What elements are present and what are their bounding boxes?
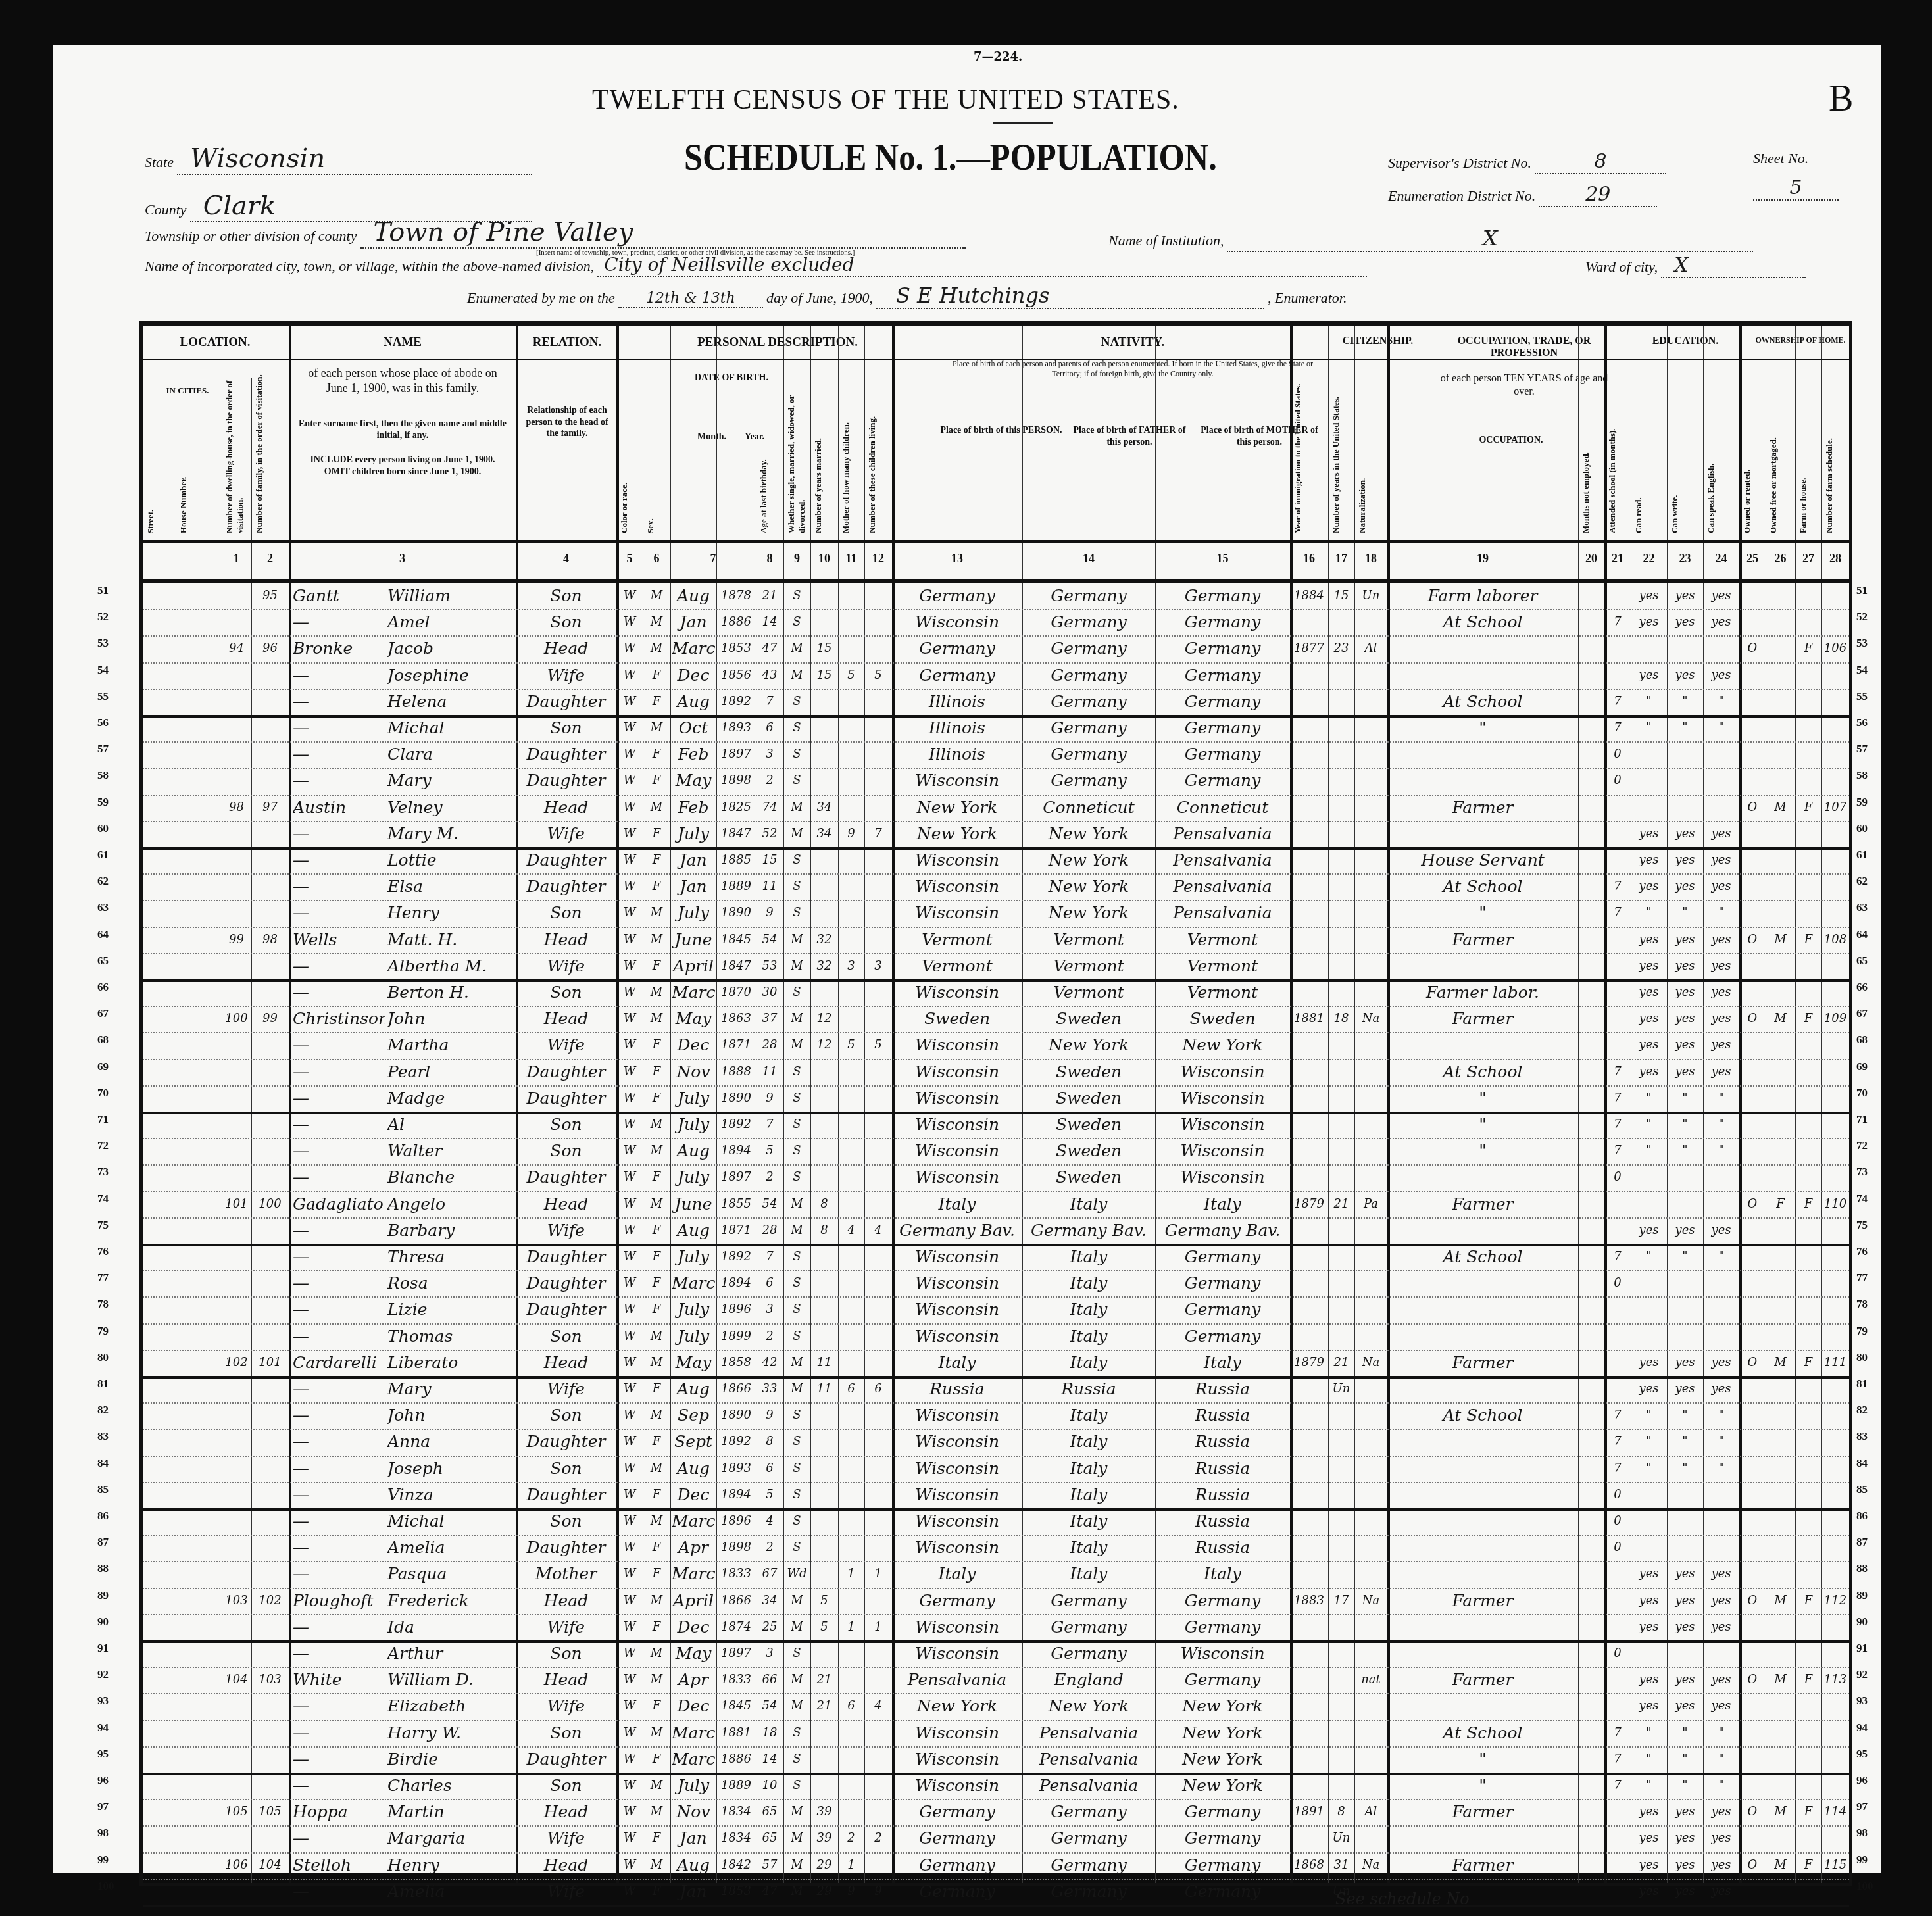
surname-cell: — (293, 1720, 385, 1746)
color-cell: W (618, 1006, 641, 1032)
bf-cell: New York (1024, 821, 1154, 847)
fs-cell: 113 (1823, 1667, 1848, 1693)
surname-cell: White (293, 1667, 385, 1693)
mo-cell: 3 (839, 953, 863, 979)
column-number: 28 (1821, 552, 1849, 566)
bf-cell: Italy (1024, 1296, 1154, 1323)
fam-cell (253, 873, 287, 900)
surname-cell: — (293, 1640, 385, 1667)
header-nativity: NATIVITY. (935, 335, 1330, 350)
mar-cell: M (785, 1217, 809, 1244)
yrs-cell (1329, 1720, 1353, 1746)
rel-cell: Wife (517, 953, 615, 979)
line-number-right: 67 (1856, 1007, 1868, 1020)
farm-cell (1796, 1217, 1820, 1244)
bm-cell: Russia (1156, 1535, 1289, 1561)
wr-cell: yes (1668, 662, 1702, 689)
fs-cell (1823, 900, 1848, 926)
line-number-left: 64 (97, 928, 109, 941)
wr-cell: yes (1668, 1350, 1702, 1376)
bm-cell: Germany (1156, 1270, 1289, 1296)
bp-cell: Wisconsin (893, 1508, 1021, 1535)
unemp-cell (1579, 1799, 1603, 1825)
rd-cell: yes (1632, 1217, 1666, 1244)
bm-cell: Italy (1156, 1561, 1289, 1587)
column-divider (810, 326, 811, 1883)
bm-cell: Germany (1156, 1799, 1289, 1825)
rd-cell (1632, 1296, 1666, 1323)
rd-cell (1632, 768, 1666, 794)
fam-cell: 100 (253, 1191, 287, 1217)
mo-cell (839, 1191, 863, 1217)
fs-cell (1823, 1164, 1848, 1191)
nat-cell: Pa (1356, 1191, 1386, 1217)
bm-cell: Russia (1156, 1402, 1289, 1429)
mar-cell: S (785, 873, 809, 900)
bm-cell: Germany (1156, 1879, 1289, 1905)
liv-cell (866, 979, 891, 1006)
en-cell: " (1704, 1720, 1738, 1746)
given-name-cell: Arthur (387, 1640, 512, 1667)
liv-cell: 4 (866, 1693, 891, 1719)
line-number-left: 67 (97, 1007, 109, 1020)
color-cell: W (618, 1085, 641, 1112)
sex-cell: F (644, 1614, 669, 1640)
column-number: 19 (1387, 552, 1578, 566)
bf-cell: Pensalvania (1024, 1773, 1154, 1799)
line-number-right: 63 (1856, 901, 1868, 914)
line-number-left: 61 (97, 848, 109, 862)
line-number-left: 90 (97, 1615, 109, 1629)
bf-cell: Germany (1024, 609, 1154, 635)
month-cell: July (672, 1773, 715, 1799)
ym-cell: 32 (812, 927, 837, 953)
bf-cell: Germany (1024, 583, 1154, 609)
wr-cell (1668, 1164, 1702, 1191)
fam-cell (253, 900, 287, 926)
ym-cell: 8 (812, 1191, 837, 1217)
surname-cell: — (293, 1323, 385, 1350)
mar-cell: S (785, 1270, 809, 1296)
rel-cell: Head (517, 1667, 615, 1693)
bf-cell: Germany (1024, 1614, 1154, 1640)
liv-cell (866, 1244, 891, 1270)
line-number-right: 70 (1856, 1087, 1868, 1100)
bp-cell: Germany (893, 662, 1021, 689)
rel-cell: Son (517, 609, 615, 635)
en-cell: yes (1704, 821, 1738, 847)
surname-cell: — (293, 1164, 385, 1191)
occ-cell: At School (1389, 1059, 1577, 1085)
imm-cell: 1868 (1291, 1852, 1327, 1879)
ym-cell: 29 (812, 1879, 837, 1905)
rd-cell: yes (1632, 609, 1666, 635)
line-number-left: 93 (97, 1694, 109, 1707)
line-number-right: 65 (1856, 954, 1868, 968)
line-number-left: 63 (97, 901, 109, 914)
farm-cell (1796, 1693, 1820, 1719)
sch-cell: 0 (1606, 1640, 1629, 1667)
fam-cell: 101 (253, 1350, 287, 1376)
unemp-cell (1579, 953, 1603, 979)
rd-cell (1632, 1535, 1666, 1561)
bf-cell: Germany (1024, 1879, 1154, 1905)
column-number: 13 (892, 552, 1022, 566)
sch-cell (1606, 1799, 1629, 1825)
age-cell: 9 (757, 1402, 782, 1429)
color-cell: W (618, 1376, 641, 1402)
mar-cell: S (785, 1323, 809, 1350)
header-imm: Year of immigration to the United States… (1293, 372, 1325, 533)
given-name-cell: Ida (387, 1614, 512, 1640)
fam-cell: 95 (253, 583, 287, 609)
farm-cell: F (1796, 927, 1820, 953)
bf-cell: Italy (1024, 1482, 1154, 1508)
fs-cell: 115 (1823, 1852, 1848, 1879)
free-cell: M (1767, 795, 1794, 821)
ym-cell: 21 (812, 1693, 837, 1719)
line-number-right: 68 (1856, 1033, 1868, 1046)
surname-cell: — (293, 1376, 385, 1402)
given-name-cell: Velney (387, 795, 512, 821)
liv-cell (866, 1006, 891, 1032)
surname-cell: — (293, 741, 385, 768)
sch-cell (1606, 1825, 1629, 1852)
farm-cell (1796, 1535, 1820, 1561)
line-number-right: 89 (1856, 1589, 1868, 1602)
fs-cell (1823, 662, 1848, 689)
fam-cell (253, 1482, 287, 1508)
color-cell: W (618, 1191, 641, 1217)
sch-cell: 0 (1606, 1482, 1629, 1508)
unemp-cell (1579, 979, 1603, 1006)
unemp-cell (1579, 583, 1603, 609)
year-cell: 1892 (718, 1112, 755, 1138)
en-cell: " (1704, 1456, 1738, 1482)
occ-cell (1389, 1429, 1577, 1455)
column-number: 11 (838, 552, 864, 566)
header-location: LOCATION. (143, 335, 287, 350)
given-name-cell: Lottie (387, 847, 512, 873)
nat-cell (1356, 1244, 1386, 1270)
own-cell: O (1741, 635, 1764, 662)
farm-cell: F (1796, 795, 1820, 821)
sex-cell: F (644, 768, 669, 794)
column-divider (643, 326, 643, 1883)
rd-cell (1632, 1270, 1666, 1296)
rel-cell: Daughter (517, 1746, 615, 1773)
liv-cell (866, 1773, 891, 1799)
unemp-cell (1579, 1614, 1603, 1640)
state-value: Wisconsin (177, 143, 532, 175)
mar-cell: Wd (785, 1561, 809, 1587)
mar-cell: S (785, 583, 809, 609)
bp-cell: Illinois (893, 741, 1021, 768)
given-name-cell: Vinza (387, 1482, 512, 1508)
sex-cell: F (644, 1244, 669, 1270)
year-cell: 1889 (718, 1773, 755, 1799)
rel-cell: Daughter (517, 1535, 615, 1561)
wr-cell: " (1668, 1112, 1702, 1138)
month-cell: May (672, 1350, 715, 1376)
rel-cell: Son (517, 1640, 615, 1667)
bf-cell: New York (1024, 873, 1154, 900)
imm-cell: 1879 (1291, 1191, 1327, 1217)
wr-cell (1668, 768, 1702, 794)
bm-cell: Wisconsin (1156, 1112, 1289, 1138)
line-number-left: 58 (97, 769, 109, 782)
bp-cell: Italy (893, 1191, 1021, 1217)
fam-cell (253, 715, 287, 741)
imm-cell (1291, 741, 1327, 768)
unemp-cell (1579, 741, 1603, 768)
month-cell: Dec (672, 1032, 715, 1058)
farm-cell (1796, 583, 1820, 609)
ym-cell (812, 1773, 837, 1799)
fam-cell (253, 1244, 287, 1270)
dw-cell: 101 (223, 1191, 250, 1217)
rd-cell: yes (1632, 953, 1666, 979)
header-nat: Naturalization. (1357, 372, 1385, 533)
nat-cell (1356, 1746, 1386, 1773)
liv-cell (866, 741, 891, 768)
dw-cell (223, 1535, 250, 1561)
month-cell: May (672, 768, 715, 794)
line-number-right: 60 (1856, 822, 1868, 835)
given-name-cell: Martin (387, 1799, 512, 1825)
population-table: LOCATION. IN CITIES. NAME of each person… (139, 321, 1852, 1886)
year-cell: 1845 (718, 1693, 755, 1719)
bp-cell: Germany (893, 1799, 1021, 1825)
en-cell: yes (1704, 927, 1738, 953)
occ-cell (1389, 768, 1577, 794)
surname-cell: — (293, 1217, 385, 1244)
mar-cell: M (785, 1614, 809, 1640)
sex-cell: M (644, 1640, 669, 1667)
year-cell: 1881 (718, 1720, 755, 1746)
surname-cell: — (293, 1693, 385, 1719)
header-color: Color or race. (619, 372, 640, 533)
bf-cell: Vermont (1024, 953, 1154, 979)
mo-cell (839, 635, 863, 662)
fam-cell (253, 979, 287, 1006)
mo-cell (839, 1773, 863, 1799)
line-number-left: 81 (97, 1377, 109, 1390)
line-number-right: 72 (1856, 1139, 1868, 1152)
month-cell: May (672, 1006, 715, 1032)
wr-cell: yes (1668, 609, 1702, 635)
yrs-cell: 21 (1329, 1350, 1353, 1376)
rd-cell (1632, 1482, 1666, 1508)
free-cell (1767, 1535, 1794, 1561)
sch-cell: 0 (1606, 1508, 1629, 1535)
bm-cell: New York (1156, 1746, 1289, 1773)
mo-cell (839, 1588, 863, 1614)
month-cell: June (672, 927, 715, 953)
sch-cell (1606, 795, 1629, 821)
farm-cell (1796, 1138, 1820, 1164)
line-number-right: 78 (1856, 1298, 1868, 1311)
occ-cell (1389, 1535, 1577, 1561)
ym-cell (812, 1112, 837, 1138)
farm-cell (1796, 689, 1820, 715)
surname-cell: — (293, 821, 385, 847)
bm-cell: Germany (1156, 609, 1289, 635)
month-cell: July (672, 1296, 715, 1323)
unemp-cell (1579, 662, 1603, 689)
en-cell: yes (1704, 1852, 1738, 1879)
free-cell (1767, 953, 1794, 979)
header-birth-person: Place of birth of this PERSON. (939, 425, 1064, 437)
column-number: 26 (1766, 552, 1795, 566)
occ-cell (1389, 1561, 1577, 1587)
ym-cell (812, 1720, 837, 1746)
year-cell: 1890 (718, 900, 755, 926)
farm-cell (1796, 847, 1820, 873)
farm-cell (1796, 1112, 1820, 1138)
nat-cell (1356, 873, 1386, 900)
free-cell (1767, 768, 1794, 794)
unemp-cell (1579, 1561, 1603, 1587)
yrs-cell (1329, 689, 1353, 715)
liv-cell: 1 (866, 1614, 891, 1640)
given-name-cell: Albertha M. (387, 953, 512, 979)
year-cell: 1853 (718, 635, 755, 662)
imm-cell (1291, 873, 1327, 900)
bp-cell: Wisconsin (893, 1456, 1021, 1482)
en-cell: " (1704, 1085, 1738, 1112)
free-cell (1767, 1773, 1794, 1799)
en-cell (1704, 1508, 1738, 1535)
township-label: Township or other division of county (145, 228, 357, 244)
ym-cell: 21 (812, 1667, 837, 1693)
ym-cell: 12 (812, 1032, 837, 1058)
fam-cell (253, 609, 287, 635)
state-field: State Wisconsin (145, 143, 566, 175)
mar-cell: M (785, 927, 809, 953)
bm-cell: New York (1156, 1032, 1289, 1058)
age-cell: 30 (757, 979, 782, 1006)
bf-cell: Vermont (1024, 927, 1154, 953)
sex-cell: M (644, 1799, 669, 1825)
rel-cell: Son (517, 715, 615, 741)
fam-cell (253, 1217, 287, 1244)
bm-cell: Germany (1156, 689, 1289, 715)
dw-cell (223, 1561, 250, 1587)
rel-cell: Head (517, 1191, 615, 1217)
city-label: Name of incorporated city, town, or vill… (145, 258, 594, 274)
form-mark: C—9 (431, 1877, 447, 1884)
own-cell (1741, 583, 1764, 609)
imm-cell (1291, 953, 1327, 979)
surname-cell: — (293, 1773, 385, 1799)
bf-cell: Germany (1024, 1588, 1154, 1614)
rd-cell: yes (1632, 662, 1666, 689)
nat-cell (1356, 1614, 1386, 1640)
bm-cell: Russia (1156, 1482, 1289, 1508)
fam-cell (253, 847, 287, 873)
sch-cell (1606, 1032, 1629, 1058)
mar-cell: M (785, 1799, 809, 1825)
bf-cell: Italy (1024, 1244, 1154, 1270)
fs-cell: 108 (1823, 927, 1848, 953)
header-birth-father: Place of birth of FATHER of this person. (1067, 425, 1192, 448)
free-cell (1767, 1217, 1794, 1244)
rel-cell: Wife (517, 662, 615, 689)
rd-cell: yes (1632, 1799, 1666, 1825)
given-name-cell: Michal (387, 715, 512, 741)
liv-cell (866, 1085, 891, 1112)
mar-cell: M (785, 1825, 809, 1852)
bf-cell: Italy (1024, 1508, 1154, 1535)
fs-cell (1823, 715, 1848, 741)
rel-cell: Wife (517, 1879, 615, 1905)
bm-cell: Wisconsin (1156, 1059, 1289, 1085)
month-cell: Aug (672, 1217, 715, 1244)
imm-cell (1291, 979, 1327, 1006)
year-cell: 1871 (718, 1032, 755, 1058)
color-cell: W (618, 1323, 641, 1350)
given-name-cell: Rosa (387, 1270, 512, 1296)
occ-cell (1389, 635, 1577, 662)
dw-cell (223, 1825, 250, 1852)
occ-cell: Farm laborer (1389, 583, 1577, 609)
en-cell: yes (1704, 953, 1738, 979)
bp-cell: Wisconsin (893, 1085, 1021, 1112)
mar-cell: M (785, 662, 809, 689)
year-cell: 1896 (718, 1508, 755, 1535)
year-cell: 1890 (718, 1402, 755, 1429)
mo-cell (839, 1720, 863, 1746)
year-cell: 1898 (718, 1535, 755, 1561)
column-divider (1578, 326, 1579, 1883)
free-cell: F (1767, 1191, 1794, 1217)
unemp-cell (1579, 1191, 1603, 1217)
color-cell: W (618, 1482, 641, 1508)
sch-cell: 0 (1606, 741, 1629, 768)
line-number-right: 100 (1856, 1880, 1873, 1893)
given-name-cell: Pearl (387, 1059, 512, 1085)
fam-cell (253, 662, 287, 689)
nat-cell (1356, 1296, 1386, 1323)
farm-cell: F (1796, 1799, 1820, 1825)
bf-cell: Sweden (1024, 1085, 1154, 1112)
given-name-cell: Josephine (387, 662, 512, 689)
color-cell: W (618, 1588, 641, 1614)
occ-cell: " (1389, 1112, 1577, 1138)
rd-cell: " (1632, 1138, 1666, 1164)
surname-cell: Wells (293, 927, 385, 953)
line-number-left: 51 (97, 584, 109, 597)
line-number-left: 85 (97, 1483, 109, 1496)
bf-cell: Italy (1024, 1535, 1154, 1561)
age-cell: 4 (757, 1508, 782, 1535)
nat-cell (1356, 741, 1386, 768)
age-cell: 54 (757, 927, 782, 953)
fs-cell (1823, 1456, 1848, 1482)
free-cell (1767, 1112, 1794, 1138)
fs-cell (1823, 1720, 1848, 1746)
bf-cell: Italy (1024, 1270, 1154, 1296)
wr-cell: " (1668, 715, 1702, 741)
unemp-cell (1579, 1270, 1603, 1296)
nat-cell (1356, 1032, 1386, 1058)
sch-cell (1606, 1350, 1629, 1376)
mar-cell: M (785, 821, 809, 847)
wr-cell (1668, 1640, 1702, 1667)
unemp-cell (1579, 1112, 1603, 1138)
mar-cell: S (785, 1640, 809, 1667)
